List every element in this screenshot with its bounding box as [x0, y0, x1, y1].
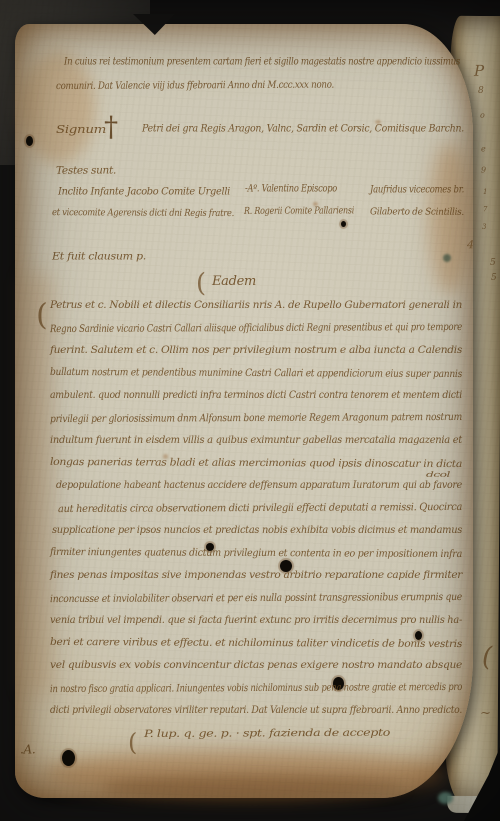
ink-fleck	[443, 254, 451, 262]
wormhole	[280, 560, 292, 572]
manuscript-page	[15, 24, 473, 798]
paper-stain	[25, 272, 53, 696]
paper-stain	[43, 750, 445, 798]
wormhole	[26, 136, 33, 146]
fox-spot	[163, 454, 168, 459]
paper-stain	[429, 142, 471, 294]
paper-stain	[21, 52, 95, 164]
wormhole	[341, 221, 346, 227]
wormhole	[415, 631, 422, 640]
fox-spot	[375, 120, 381, 124]
paper-stain	[103, 774, 405, 800]
wormhole	[333, 677, 344, 690]
fox-spot	[313, 202, 318, 206]
manuscript-photograph: In cuius rei testimonium presentem carta…	[0, 0, 500, 821]
wormhole	[206, 543, 214, 551]
wormhole	[62, 750, 75, 766]
